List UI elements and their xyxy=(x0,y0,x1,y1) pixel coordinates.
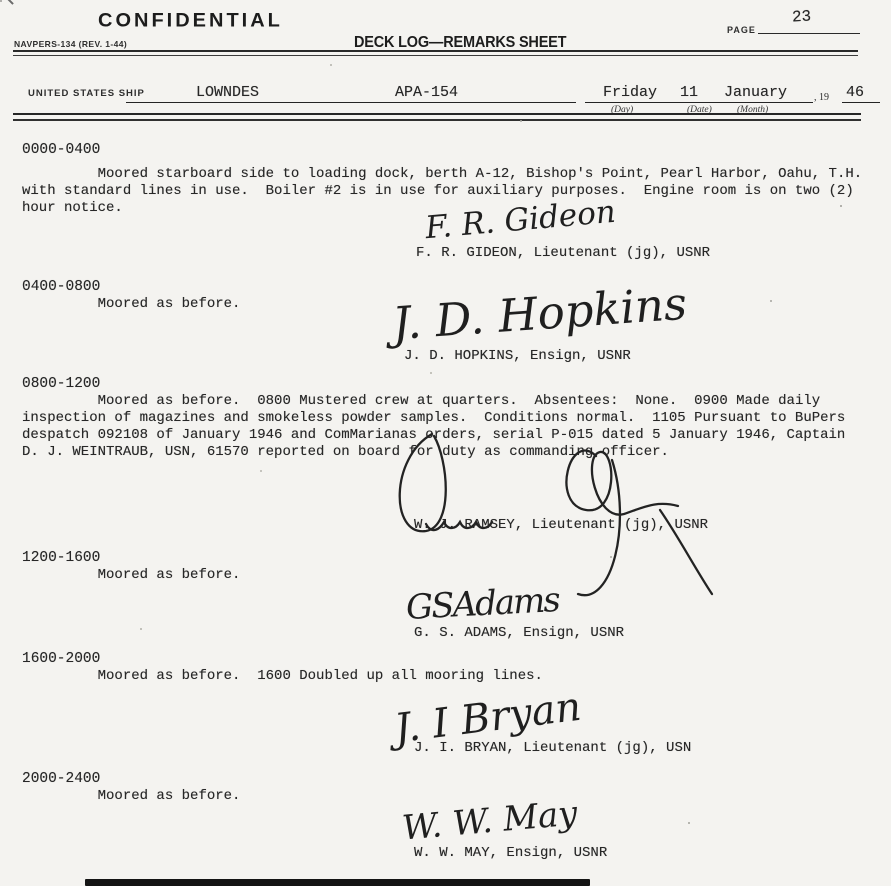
signature-typed: J. I. BRYAN, Lieutenant (jg), USN xyxy=(414,740,691,756)
scan-edge-bar xyxy=(85,879,590,886)
entry-time-range: 0800-1200 xyxy=(22,376,100,392)
signature-typed: F. R. GIDEON, Lieutenant (jg), USNR xyxy=(416,245,710,261)
day-of-month-value: 11 xyxy=(680,84,698,101)
entry-time-range: 1200-1600 xyxy=(22,550,100,566)
entry-time-range: 1600-2000 xyxy=(22,651,100,667)
signature-typed: W. J. RAMSEY, Lieutenant (jg), USNR xyxy=(414,517,708,533)
page-label: PAGE xyxy=(727,25,756,35)
hull-number: APA-154 xyxy=(395,84,458,101)
entry-remarks: Moored as before. xyxy=(22,788,880,805)
entry-remarks: Moored as before. 1600 Doubled up all mo… xyxy=(22,668,880,685)
page-number: 23 xyxy=(792,8,812,27)
form-number: NAVPERS-134 (REV. 1-44) xyxy=(14,39,127,49)
log-entry-1200-1600: 1200-1600 Moored as before. GSAdams G. S… xyxy=(0,550,891,651)
log-entry-1600-2000: 1600-2000 Moored as before. 1600 Doubled… xyxy=(0,651,891,771)
entry-remarks: Moored as before. xyxy=(22,567,880,584)
month-value: January xyxy=(724,84,787,101)
signature-script: J. D. Hopkins xyxy=(391,277,689,350)
entry-time-range: 2000-2400 xyxy=(22,771,100,787)
log-entry-0800-1200: 0800-1200 Moored as before. 0800 Mustere… xyxy=(0,376,891,550)
signature-typed: G. S. ADAMS, Ensign, USNR xyxy=(414,625,624,641)
document-title: DECK LOG—REMARKS SHEET xyxy=(354,35,566,52)
log-entry-0000-0400: 0000-0400 Moored starboard side to loadi… xyxy=(0,142,891,279)
year-prefix: , 19 xyxy=(814,92,829,103)
entry-remarks: Moored as before. 0800 Mustered crew at … xyxy=(22,393,880,461)
classification-stamp: CONFIDENTIAL xyxy=(98,11,283,33)
header-double-rule-top xyxy=(13,50,858,56)
year-value: 46 xyxy=(846,84,864,101)
signature-typed: J. D. HOPKINS, Ensign, USNR xyxy=(404,348,631,364)
ship-underline xyxy=(126,86,576,103)
header-double-rule-bottom xyxy=(13,113,861,121)
weekday-value: Friday xyxy=(603,84,657,101)
scan-corner-mark xyxy=(0,0,14,5)
paper-specks xyxy=(0,0,2,2)
log-entry-0400-0800: 0400-0800 Moored as before. J. D. Hopkin… xyxy=(0,279,891,376)
entry-time-range: 0000-0400 xyxy=(22,142,100,158)
entry-time-range: 0400-0800 xyxy=(22,279,100,295)
log-entry-2000-2400: 2000-2400 Moored as before. W. W. May W.… xyxy=(0,771,891,881)
signature-typed: W. W. MAY, Ensign, USNR xyxy=(414,845,607,861)
deck-log-page: CONFIDENTIAL PAGE 23 NAVPERS-134 (REV. 1… xyxy=(0,0,891,886)
ship-name: LOWNDES xyxy=(196,84,259,101)
signature-script: GSAdams xyxy=(405,580,560,628)
